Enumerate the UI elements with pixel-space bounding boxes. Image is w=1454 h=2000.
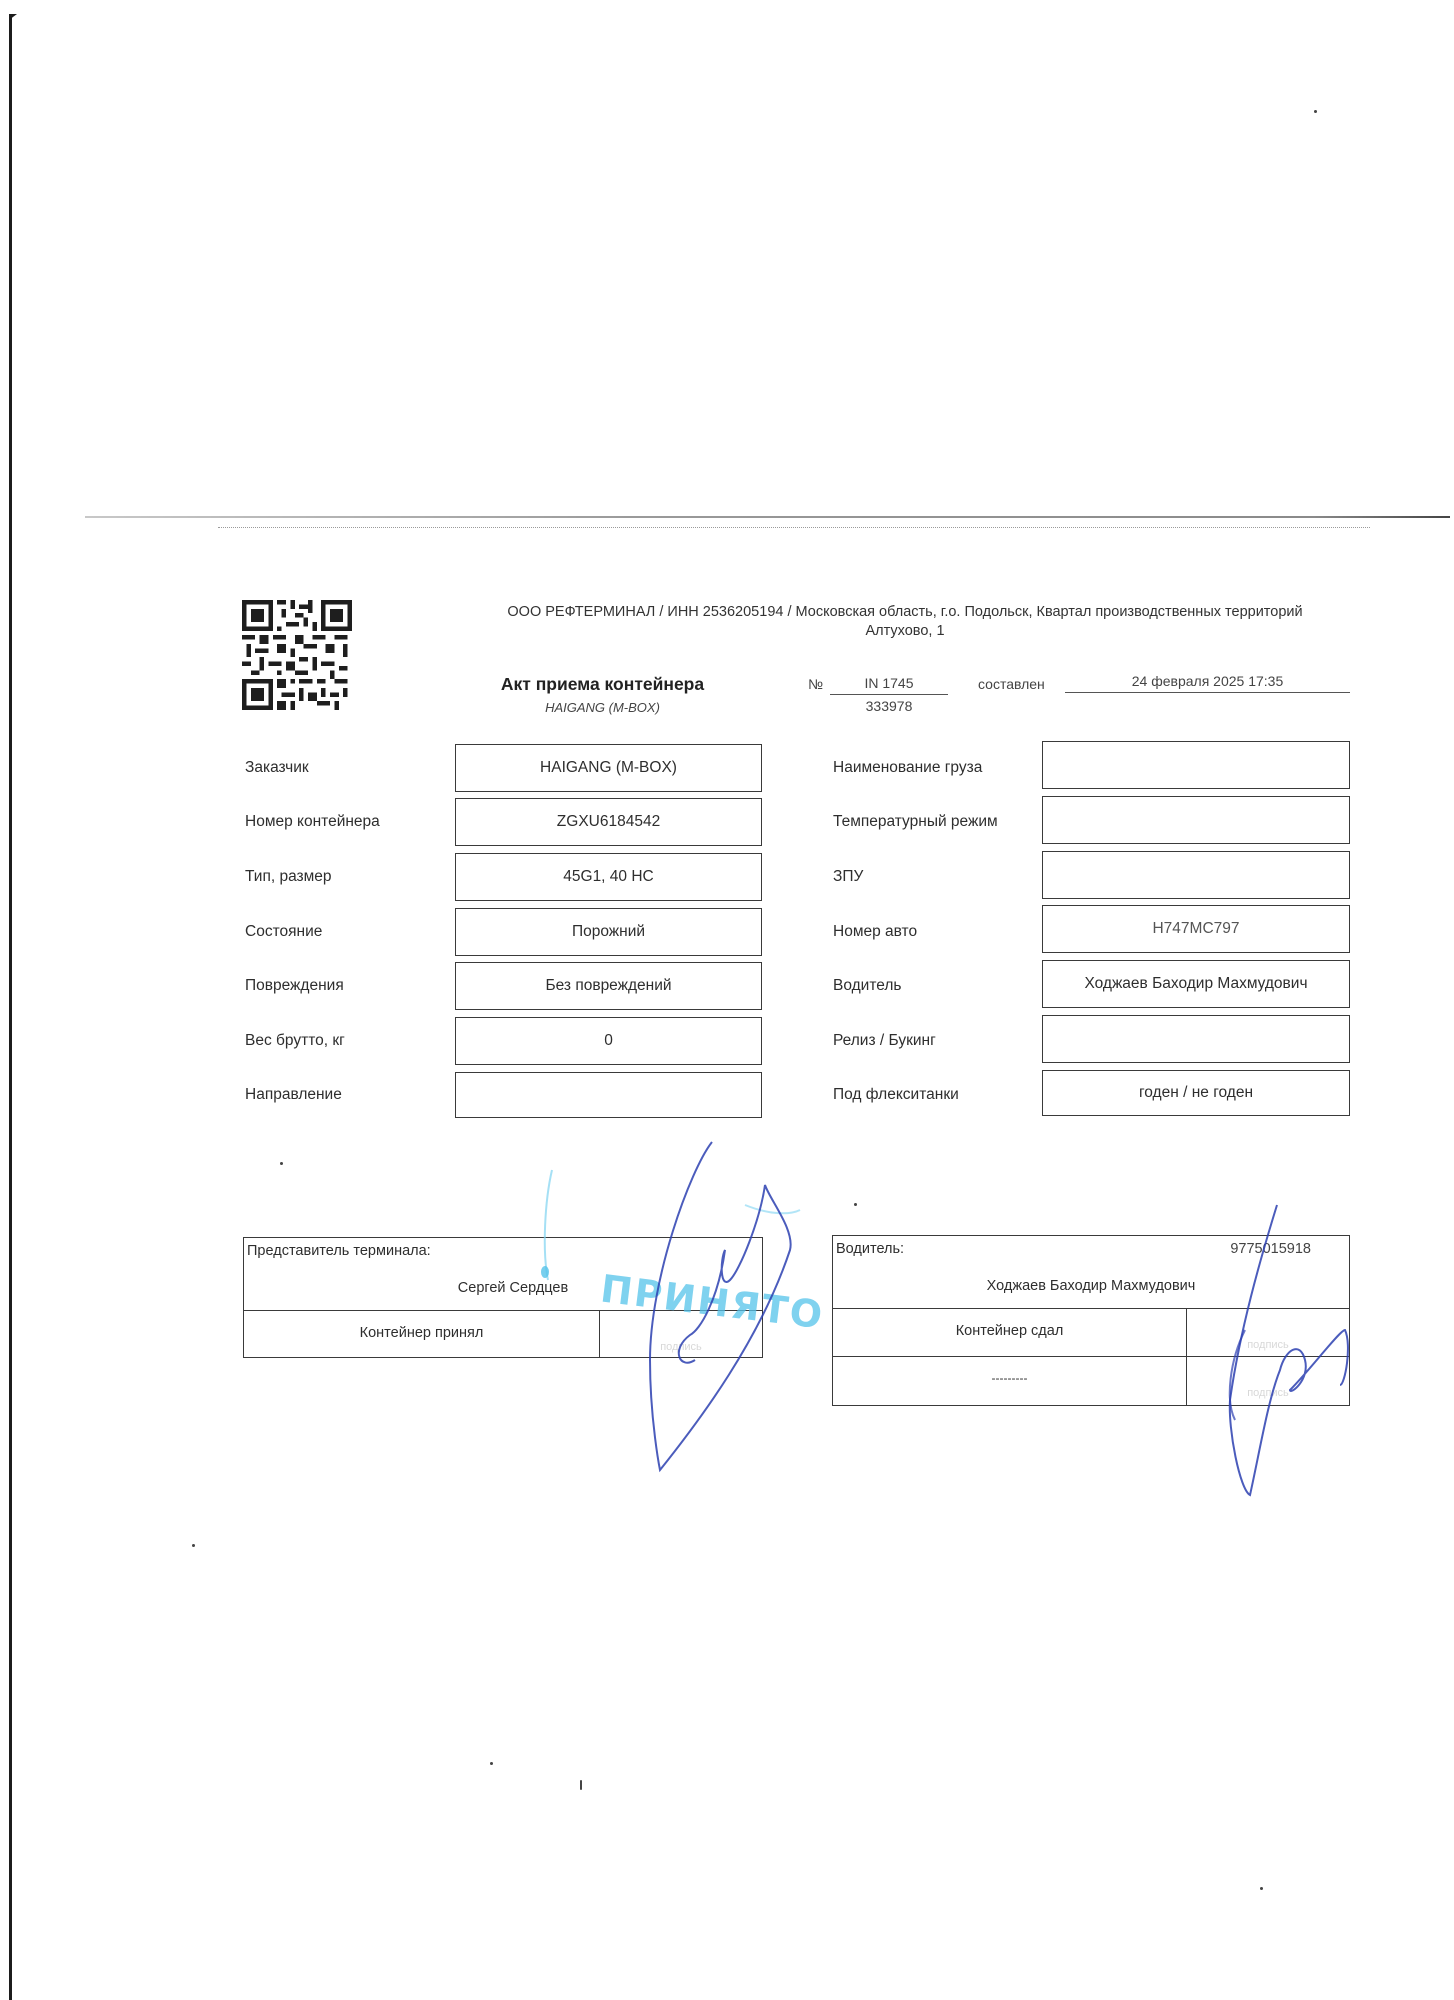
- field-cargo-name[interactable]: [1042, 741, 1350, 789]
- driver-signature-hint-1: подпись: [1187, 1339, 1349, 1351]
- field-driver[interactable]: Ходжаев Баходир Махмудович: [1042, 960, 1350, 1008]
- scan-edge-hook: [9, 14, 17, 20]
- driver-signature-table: Водитель: 9775015918 Ходжаев Баходир Мах…: [832, 1235, 1350, 1406]
- scan-left-edge: [9, 15, 12, 2000]
- company-line-1: ООО РЕФТЕРМИНАЛ / ИНН 2536205194 / Моско…: [440, 603, 1370, 622]
- extra-dashes: ---------: [833, 1371, 1186, 1385]
- driver-phone: 9775015918: [1230, 1241, 1311, 1257]
- field-label-type-size: Тип, размер: [245, 868, 332, 886]
- container-handed-cell: Контейнер сдал: [833, 1309, 1187, 1357]
- document-title: Акт приема контейнера: [450, 674, 755, 695]
- document-number: IN 1745: [830, 675, 948, 691]
- scan-speck: [490, 1762, 493, 1765]
- field-temperature[interactable]: [1042, 796, 1350, 844]
- scan-speck: [854, 1203, 857, 1206]
- field-label-temperature: Температурный режим: [833, 813, 998, 831]
- driver-name: Ходжаев Баходир Махмудович: [833, 1278, 1349, 1294]
- driver-cell: Водитель: 9775015918 Ходжаев Баходир Мах…: [833, 1236, 1350, 1309]
- driver-signature-hint-2: подпись: [1187, 1387, 1349, 1399]
- tear-line: [218, 527, 1370, 528]
- field-direction[interactable]: [455, 1072, 762, 1118]
- driver-signature-cell-2[interactable]: подпись: [1187, 1357, 1350, 1406]
- number-underline: [830, 694, 948, 695]
- field-seal[interactable]: [1042, 851, 1350, 899]
- company-header: ООО РЕФТЕРМИНАЛ / ИНН 2536205194 / Моско…: [440, 603, 1370, 641]
- extra-cell: ---------: [833, 1357, 1187, 1406]
- document-number-sub: 333978: [830, 698, 948, 714]
- qr-code-icon: [242, 600, 352, 710]
- field-flexitank[interactable]: годен / не годен: [1042, 1070, 1350, 1116]
- scan-speck: [280, 1162, 283, 1165]
- container-accepted-label: Контейнер принял: [244, 1325, 599, 1341]
- field-label-condition: Состояние: [245, 923, 322, 941]
- scan-speck: [1260, 1887, 1263, 1890]
- terminal-signature-hint: подпись: [600, 1341, 762, 1353]
- scan-speck: [192, 1544, 195, 1547]
- composed-date: 24 февраля 2025 17:35: [1065, 673, 1350, 689]
- field-type-size[interactable]: 45G1, 40 HC: [455, 853, 762, 901]
- field-gross-weight[interactable]: 0: [455, 1017, 762, 1065]
- scan-speck: [1314, 110, 1317, 113]
- company-line-2: Алтухово, 1: [440, 622, 1370, 641]
- terminal-rep-caption: Представитель терминала:: [247, 1243, 431, 1259]
- date-underline: [1065, 692, 1350, 693]
- field-label-container-number: Номер контейнера: [245, 813, 380, 831]
- field-label-seal: ЗПУ: [833, 868, 863, 886]
- field-vehicle-number[interactable]: Н747МС797: [1042, 905, 1350, 953]
- field-label-flexitank: Под флекситанки: [833, 1086, 959, 1104]
- field-label-gross-weight: Вес брутто, кг: [245, 1032, 345, 1050]
- field-label-cargo-name: Наименование груза: [833, 759, 982, 777]
- field-release-booking[interactable]: [1042, 1015, 1350, 1063]
- field-label-customer: Заказчик: [245, 759, 309, 777]
- field-customer[interactable]: HAIGANG (M-BOX): [455, 744, 762, 792]
- driver-caption: Водитель:: [836, 1241, 904, 1257]
- field-condition[interactable]: Порожний: [455, 908, 762, 956]
- container-handed-label: Контейнер сдал: [833, 1323, 1186, 1339]
- number-sign: №: [808, 676, 823, 692]
- field-label-direction: Направление: [245, 1086, 342, 1104]
- field-damage[interactable]: Без повреждений: [455, 962, 762, 1010]
- composed-label: составлен: [978, 676, 1045, 692]
- field-container-number[interactable]: ZGXU6184542: [455, 798, 762, 846]
- field-label-damage: Повреждения: [245, 977, 344, 995]
- container-accepted-cell: Контейнер принял: [244, 1311, 600, 1358]
- field-label-vehicle-number: Номер авто: [833, 923, 917, 941]
- scan-speck: [580, 1780, 582, 1790]
- fold-line: [85, 516, 1450, 518]
- document-subtitle: HAIGANG (M-BOX): [450, 700, 755, 715]
- field-label-driver: Водитель: [833, 977, 901, 995]
- driver-signature-cell-1[interactable]: подпись: [1187, 1309, 1350, 1357]
- field-label-release-booking: Релиз / Букинг: [833, 1032, 936, 1050]
